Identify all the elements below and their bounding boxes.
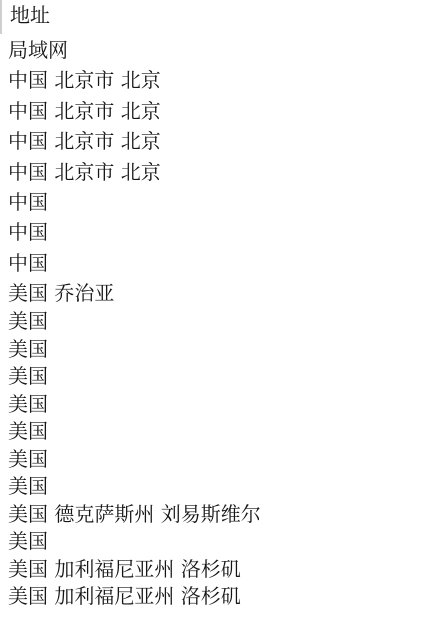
address-row[interactable]: 美国 <box>8 531 48 551</box>
address-row[interactable]: 中国 北京市 北京 <box>8 70 161 90</box>
address-row[interactable]: 美国 德克萨斯州 刘易斯维尔 <box>8 504 261 524</box>
address-row[interactable]: 中国 北京市 北京 <box>8 101 161 121</box>
address-row[interactable]: 中国 北京市 北京 <box>8 131 161 151</box>
address-row[interactable]: 中国 北京市 北京 <box>8 162 161 182</box>
address-row[interactable]: 美国 <box>8 476 48 496</box>
address-row[interactable]: 美国 <box>8 421 48 441</box>
address-row[interactable]: 中国 <box>8 222 48 242</box>
address-row[interactable]: 美国 <box>8 366 48 386</box>
address-row[interactable]: 美国 <box>8 339 48 359</box>
column-header-address[interactable]: 地址 <box>10 5 50 25</box>
address-row[interactable]: 局域网 <box>8 40 68 60</box>
address-row[interactable]: 美国 加利福尼亚州 洛杉矶 <box>8 559 241 579</box>
address-row[interactable]: 美国 <box>8 449 48 469</box>
address-row[interactable]: 中国 <box>8 253 48 273</box>
address-row[interactable]: 美国 <box>8 394 48 414</box>
address-row[interactable]: 中国 <box>8 192 48 212</box>
address-row[interactable]: 美国 <box>8 311 48 331</box>
address-row[interactable]: 美国 乔治亚 <box>8 283 114 303</box>
address-row[interactable]: 美国 加利福尼亚州 洛杉矶 <box>8 586 241 606</box>
column-separator-line <box>0 0 2 34</box>
address-column-panel: 地址 局域网中国 北京市 北京中国 北京市 北京中国 北京市 北京中国 北京市 … <box>0 0 442 626</box>
